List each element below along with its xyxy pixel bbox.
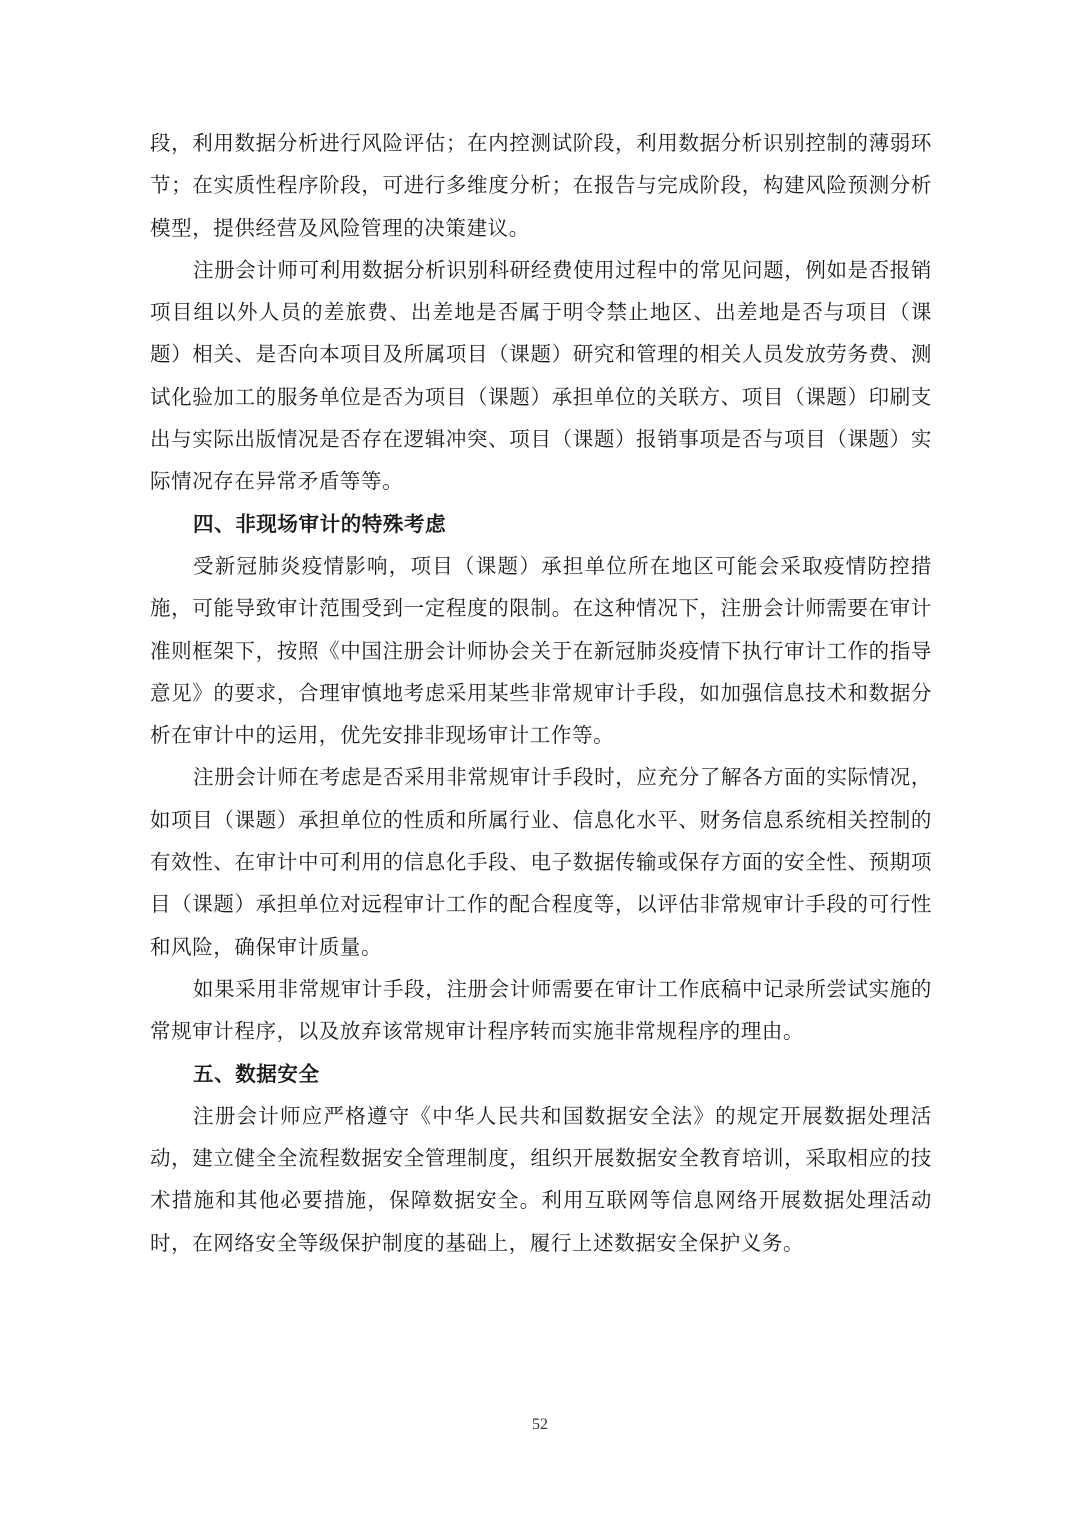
paragraph-covid-impact: 受新冠肺炎疫情影响，项目（课题）承担单位所在地区可能会采取疫情防控措施，可能导致… (150, 545, 932, 756)
section-heading-offsite-audit: 四、非现场审计的特殊考虑 (150, 503, 932, 545)
paragraph-working-papers-record: 如果采用非常规审计手段，注册会计师需要在审计工作底稿中记录所尝试实施的常规审计程… (150, 968, 932, 1053)
paragraph-unconventional-audit-considerations: 注册会计师在考虑是否采用非常规审计手段时，应充分了解各方面的实际情况，如项目（课… (150, 756, 932, 967)
section-heading-data-security: 五、数据安全 (150, 1053, 932, 1095)
page-number: 52 (0, 1416, 1080, 1434)
paragraph-data-analysis-stages: 段，利用数据分析进行风险评估；在内控测试阶段，利用数据分析识别控制的薄弱环节；在… (150, 122, 932, 249)
paragraph-data-security-law: 注册会计师应严格遵守《中华人民共和国数据安全法》的规定开展数据处理活动，建立健全… (150, 1095, 932, 1264)
document-page-body: 段，利用数据分析进行风险评估；在内控测试阶段，利用数据分析识别控制的薄弱环节；在… (150, 122, 932, 1264)
paragraph-research-funding-issues: 注册会计师可利用数据分析识别科研经费使用过程中的常见问题，例如是否报销项目组以外… (150, 249, 932, 503)
